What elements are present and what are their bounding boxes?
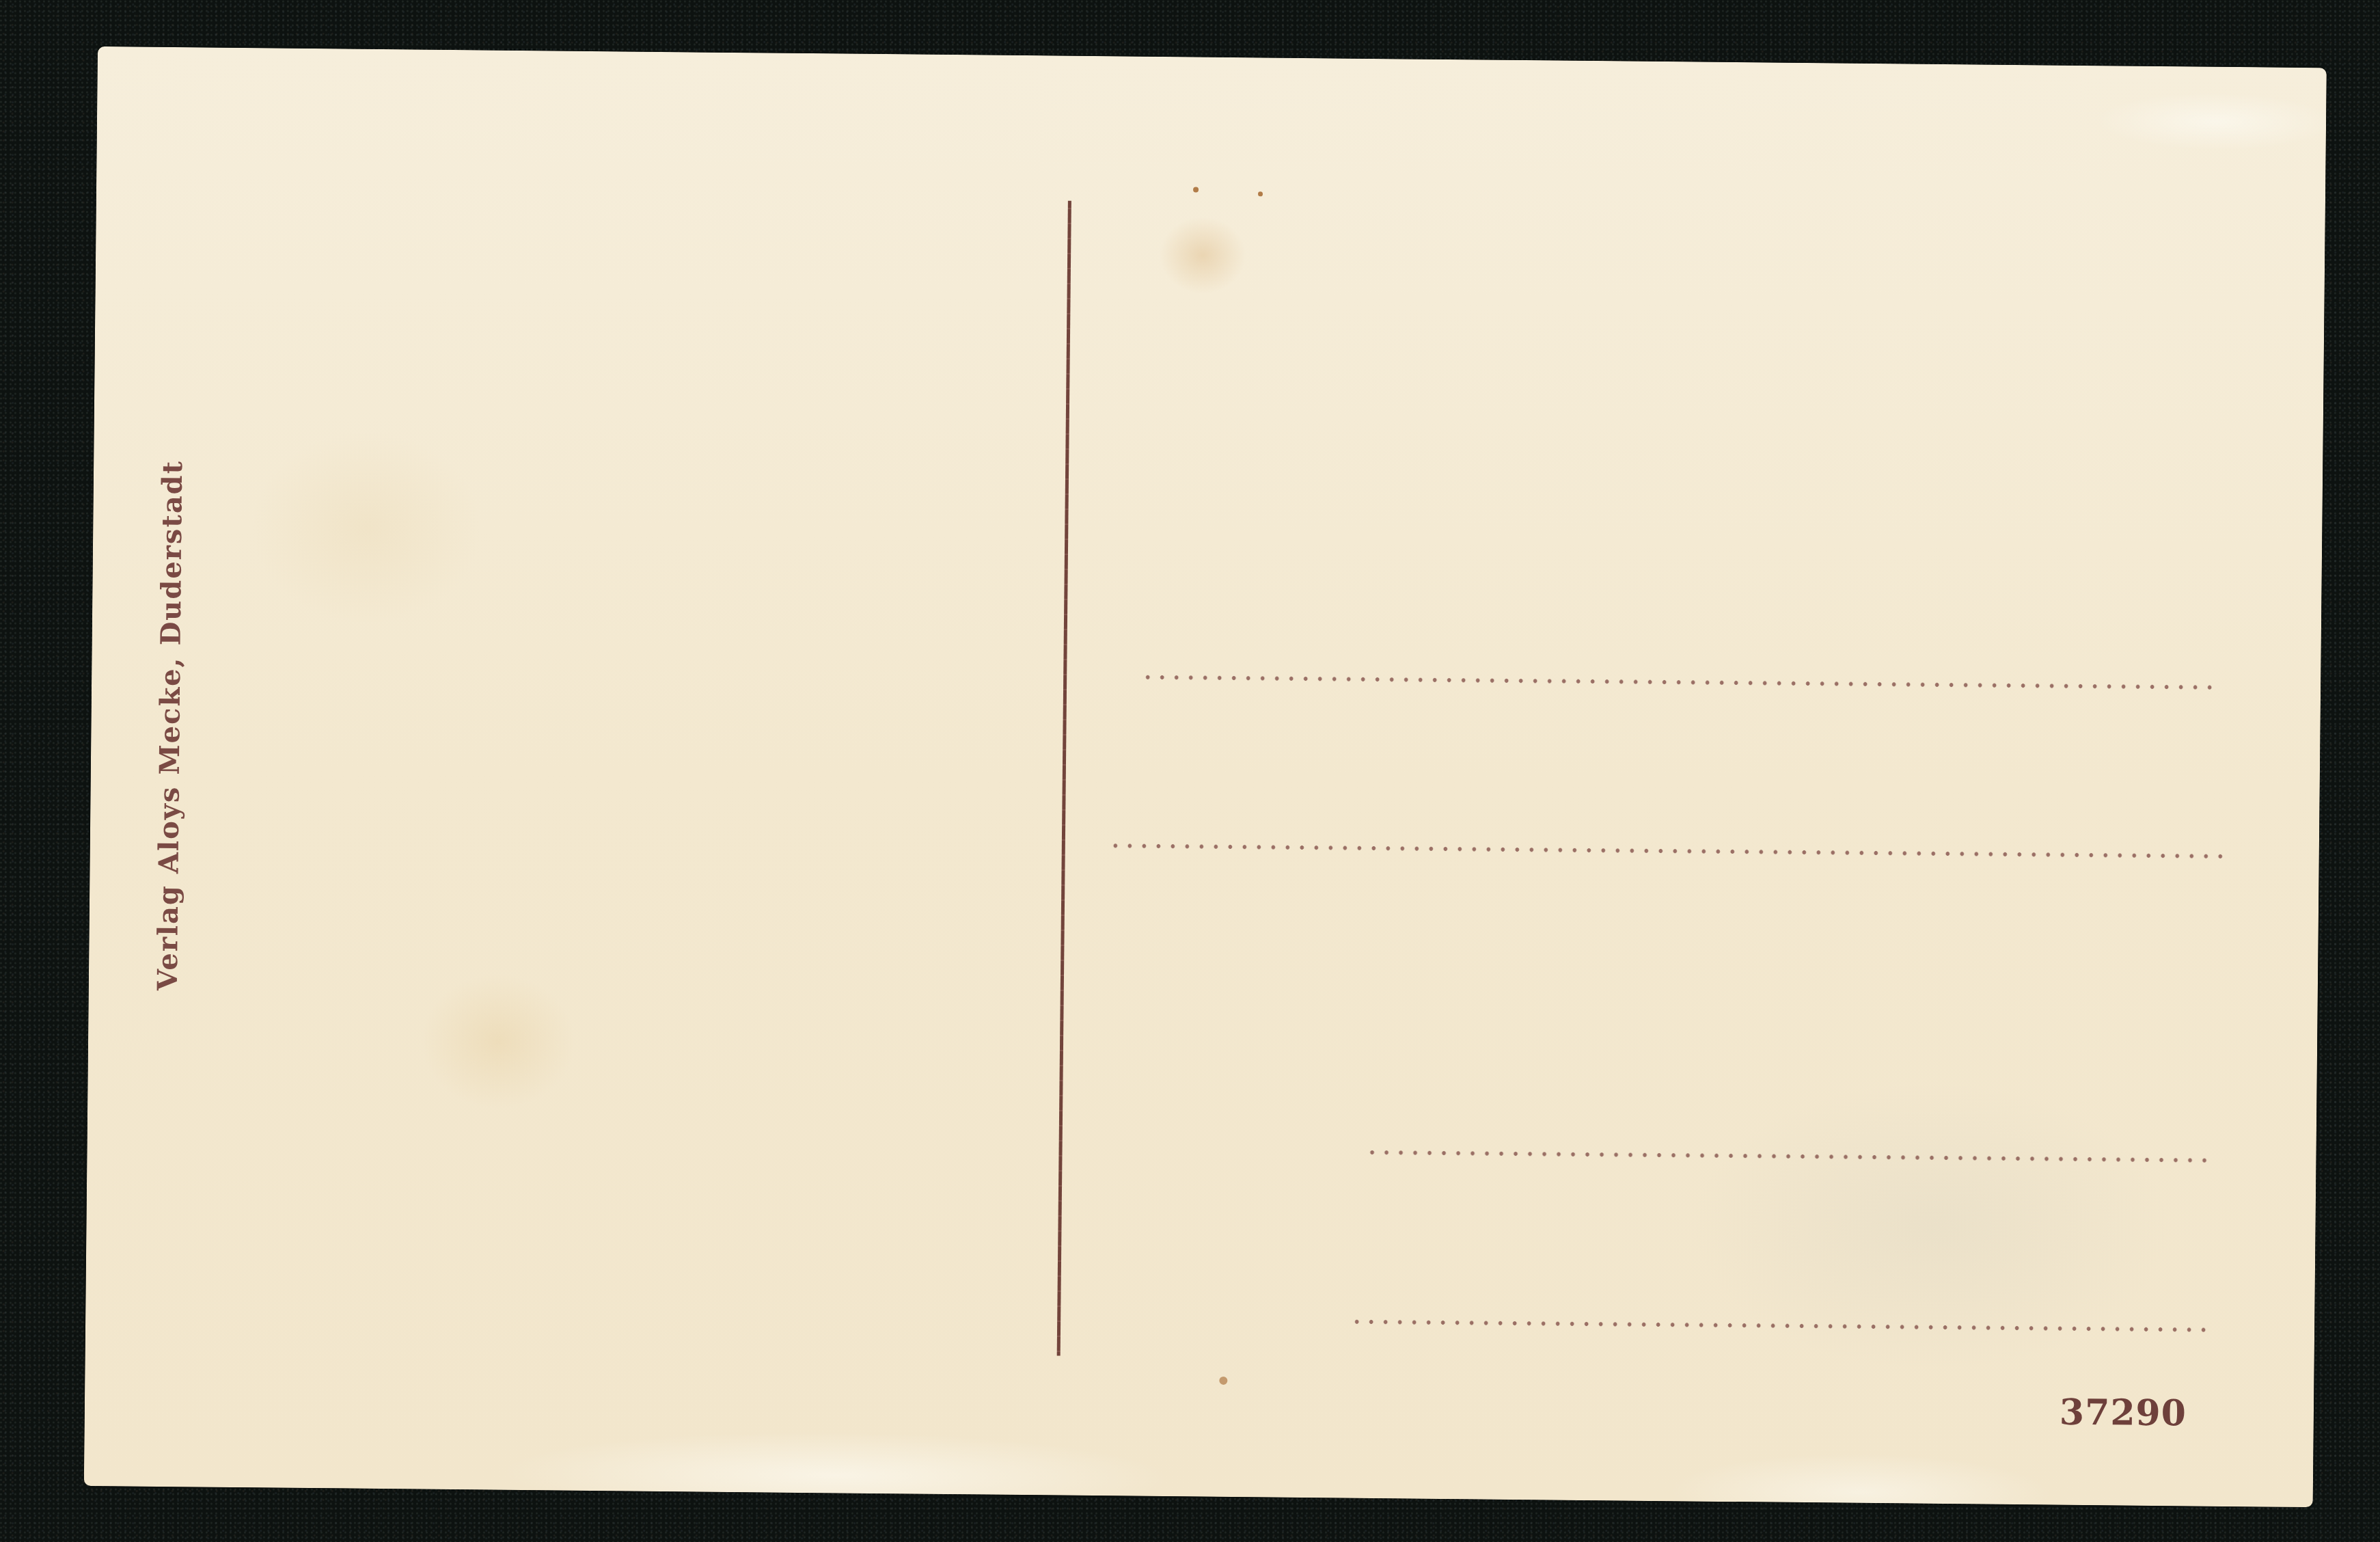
address-line-1 [1140, 675, 2220, 690]
message-address-divider [1057, 201, 1071, 1356]
publisher-imprint: Verlag Aloys Mecke, Duderstadt [152, 460, 189, 991]
foxing-spot [1219, 1377, 1227, 1385]
address-line-4 [1350, 1320, 2214, 1332]
postcard-back: Verlag Aloys Mecke, Duderstadt 37290 [84, 46, 2327, 1507]
foxing-spot [1258, 191, 1263, 196]
serial-number: 37290 [2060, 1392, 2187, 1435]
foxing-spot [1193, 187, 1199, 192]
address-line-2 [1108, 843, 2229, 858]
address-line-3 [1365, 1150, 2209, 1163]
